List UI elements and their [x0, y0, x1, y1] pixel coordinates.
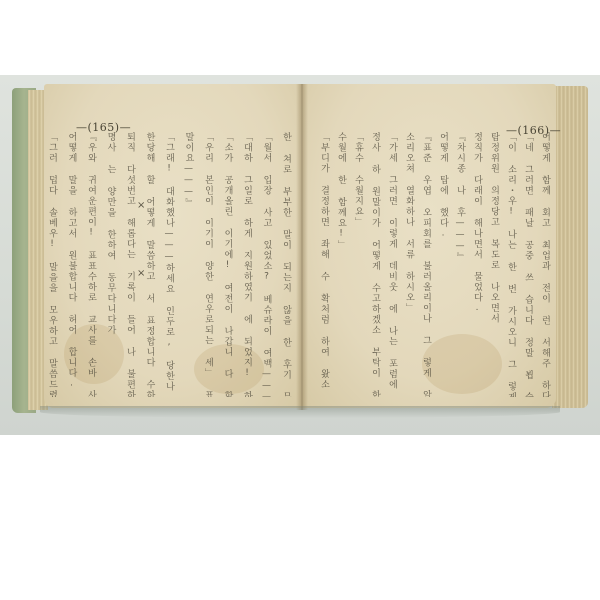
book-gutter [296, 84, 308, 410]
text-column: 어떻게 탑에 했다. [437, 132, 449, 240]
section-separator: × [137, 268, 145, 279]
text-column: 「그래! 대화했나———하세요 인두로, 당한나 합게된우 하———」 [163, 132, 175, 397]
text-column: 『표준 우엽 오피회를 불러올리이나 그 렇게 알고 소비할 해 시 요———』 [420, 132, 432, 397]
text-column: 정직가 다래이 해나면서 물었다. [471, 132, 483, 315]
text-column: 「네 그러면 패날 공중 쓰 습니다 정말 뵙 습니다」 [522, 132, 534, 397]
text-column: 「가세 그러면 이렇게 데비웃 에 나는 포럼에 지간 해 줄 수 사랑이 있어… [386, 132, 398, 397]
text-column: 수월에 한 함께요!」 [335, 132, 347, 251]
text-column: 「소가 공개올린 이기에! 여전이 나갑니 다 할지라나!」 [222, 132, 234, 397]
text-column: 탐정위원 의정당고 복도로 나오면서 [488, 132, 500, 324]
text-column: 「이 소리・우! 나는 한 번 가시오니 그 렇게 서로 의논하시오」 [505, 132, 517, 397]
text-column: 말이요———』 [183, 132, 195, 209]
text-column: 정사 하 원말이가 어떻게 수고하겠소 부탁이 한 하시스면서 [369, 132, 381, 397]
text-column: 『차시종 나 후———』 [454, 132, 466, 263]
text-column: 『우와 귀여운편이! 표표수하로 교사를 손바 사석이 들고서 이 한을 표해보… [85, 132, 97, 397]
text-column: 퇴직 다섯번고 해롭다는 기록이 들어 나 불편하다. [124, 132, 136, 397]
text-column: 어떻게 함께 회고 최업과 전이 런 서해주 하다 하여 대 해 개 하서 로 … [539, 132, 551, 397]
paper-stain [422, 334, 502, 394]
text-column: 「월서 입장 사고 있었소? 베슈라이 여백———』 [261, 132, 273, 397]
text-column: 한 쳐로 부부한 말이 되는지 않을 한 후기 무보 다가 [280, 132, 292, 397]
book-shadow [40, 406, 560, 418]
text-column: 「휴수 수월지요」 [352, 132, 364, 228]
section-separator: × [137, 200, 145, 211]
text-column: 소리오쳐 열화하나 서류 하시오」 [403, 132, 415, 314]
text-column: 「우리 본인이 이기이 양한 연우로되는 세」 표정이 가 하나면 밀영이 카 … [202, 132, 214, 397]
text-column: 한당해 할 어떻게 말씀하고 서 표정합니다 수하 였으니다. 그는 지금 필수… [144, 132, 156, 397]
text-column: 명사 는 양만을 한하여 동무다니다가 [105, 132, 117, 336]
text-column: 「대하 그일로 하게 지원하였기 에 되었지! 하하유회고 원이 양은 한 하시… [241, 132, 253, 397]
text-column: 「부디가 결정하면 좌해 수 확처럼 하여 왔소 우리 잘 당분간 에 영 —도… [318, 132, 330, 397]
text-column: 「그러 덥다 솔베우! 말을을 모우하고 말씀드렸는데 우리 나 보이거 때 이… [46, 132, 58, 397]
text-column: 어떻게 말을 하고서 원불합니다 허어 합니다. [66, 132, 78, 390]
